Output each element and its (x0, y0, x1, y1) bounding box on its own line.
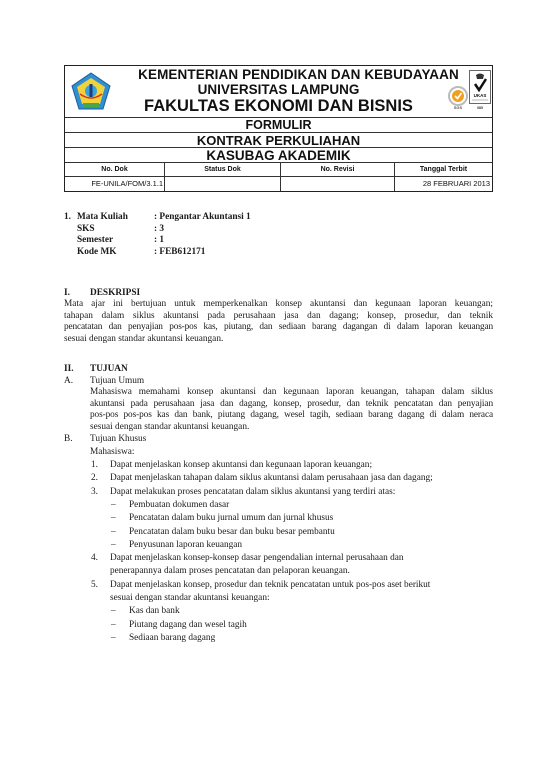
university-name: UNIVERSITAS LAMPUNG (65, 82, 492, 97)
ukas-certification-icon: UKAS 085 (469, 70, 491, 110)
document-page: KEMENTERIAN PENDIDIKAN DAN KEBUDAYAAN UN… (0, 0, 550, 777)
unit-row: KASUBAG AKADEMIK (65, 148, 492, 163)
section-deskripsi-number: I. (64, 288, 70, 300)
dash-bullet-icon: – (111, 620, 116, 632)
section-tujuan-title: TUJUAN (90, 364, 128, 376)
section-deskripsi-title: DESKRIPSI (90, 288, 140, 300)
objective-number: 1. (91, 460, 98, 472)
deskripsi-line: tahapan dalam siklus akuntansi pada peru… (64, 311, 493, 323)
value-no-dok: FE-UNILA/FOM/3.1.1 (65, 177, 165, 191)
value-tanggal-terbit: 28 FEBRUARI 2013 (395, 177, 492, 191)
form-type-row: FORMULIR (65, 118, 492, 133)
deskripsi-line: sesuai dengan standar akuntansi keuangan… (64, 334, 493, 346)
faculty-name: FAKULTAS EKONOMI DAN BISNIS (65, 97, 492, 116)
objective-text: Dapat menjelaskan tahapan dalam siklus a… (110, 473, 433, 485)
dash-bullet-icon: – (111, 633, 116, 645)
dash-bullet-icon: – (111, 606, 116, 618)
objective-subitem: Kas dan bank (129, 606, 180, 618)
objective-number: 5. (91, 580, 98, 592)
course-number: 1. (64, 212, 71, 224)
svg-text:UKAS: UKAS (474, 93, 487, 98)
tujuan-umum-line: Mahasiswa memahami konsep akuntansi dan … (90, 387, 493, 399)
col-tanggal-terbit: Tanggal Terbit (395, 163, 492, 176)
tujuan-umum-title: Tujuan Umum (90, 376, 144, 388)
course-label-semester: Semester (77, 235, 113, 247)
tujuan-umum-letter: A. (64, 376, 73, 388)
dash-bullet-icon: – (111, 500, 116, 512)
course-value-semester: : 1 (154, 235, 164, 247)
value-status-dok (165, 177, 281, 191)
tujuan-umum-line: pos-pos pos-pos kas dan bank, piutang da… (90, 410, 493, 422)
course-value-sks: : 3 (154, 224, 164, 236)
objective-number: 2. (91, 473, 98, 485)
objective-text: penerapannya dalam proses pencatatan dan… (110, 566, 350, 578)
value-no-revisi (281, 177, 395, 191)
col-status-dok: Status Dok (165, 163, 281, 176)
objective-subitem: Sediaan barang dagang (129, 633, 215, 645)
course-value-kode: : FEB612171 (154, 247, 205, 259)
dash-bullet-icon: – (111, 513, 116, 525)
objective-subitem: Pencatatan dalam buku jurnal umum dan ju… (129, 513, 333, 525)
section-tujuan-number: II. (64, 364, 74, 376)
col-no-revisi: No. Revisi (281, 163, 395, 176)
tujuan-khusus-title: Tujuan Khusus (90, 434, 146, 446)
objective-text: Dapat menjelaskan konsep, prosedur dan t… (110, 580, 430, 592)
objective-text: Dapat menjelaskan konsep-konsep dasar pe… (110, 553, 404, 565)
col-no-dok: No. Dok (65, 163, 165, 176)
objective-text: Dapat menjelaskan konsep akuntansi dan k… (110, 460, 372, 472)
document-meta-header: No. Dok Status Dok No. Revisi Tanggal Te… (65, 163, 492, 177)
objective-number: 3. (91, 487, 98, 499)
tujuan-umum-paragraph: Mahasiswa memahami konsep akuntansi dan … (90, 387, 493, 433)
course-label-name: Mata Kuliah (77, 212, 128, 224)
objective-subitem: Penyusunan laporan keuangan (129, 540, 242, 552)
form-title-row: KONTRAK PERKULIAHAN (65, 133, 492, 148)
objective-text: sesuai dengan standar akuntansi keuangan… (110, 593, 270, 605)
objective-subitem: Pembuatan dokumen dasar (129, 500, 229, 512)
course-label-kode: Kode MK (77, 247, 117, 259)
course-value-name: : Pengantar Akuntansi 1 (154, 212, 251, 224)
deskripsi-line: pencatatan dan penyajian pos-pos kas, pi… (64, 322, 493, 334)
objective-subitem: Pencatatan dalam buku besar dan buku bes… (129, 527, 335, 539)
ministry-name: KEMENTERIAN PENDIDIKAN DAN KEBUDAYAAN (65, 67, 492, 82)
document-header-table: KEMENTERIAN PENDIDIKAN DAN KEBUDAYAAN UN… (64, 65, 493, 192)
course-label-sks: SKS (77, 224, 95, 236)
objective-text: Dapat melakukan proses pencatatan dalam … (110, 487, 395, 499)
dash-bullet-icon: – (111, 540, 116, 552)
objective-subitem: Piutang dagang dan wesel tagih (129, 620, 247, 632)
dash-bullet-icon: – (111, 527, 116, 539)
tujuan-umum-line: sesuai dengan standar akuntansi keuangan… (90, 422, 493, 434)
tujuan-umum-line: akuntansi pada perusahaan jasa dan dagan… (90, 399, 493, 411)
sgs-certification-icon: SGS (447, 86, 469, 110)
document-meta-values: FE-UNILA/FOM/3.1.1 28 FEBRUARI 2013 (65, 177, 492, 191)
tujuan-khusus-letter: B. (64, 434, 73, 446)
svg-text:SGS: SGS (454, 105, 463, 110)
deskripsi-paragraph: Mata ajar ini bertujuan untuk memperkena… (64, 299, 493, 345)
objective-number: 4. (91, 553, 98, 565)
tujuan-khusus-intro: Mahasiswa: (90, 447, 134, 459)
institution-header: KEMENTERIAN PENDIDIKAN DAN KEBUDAYAAN UN… (65, 66, 492, 118)
svg-text:085: 085 (477, 106, 483, 110)
deskripsi-line: Mata ajar ini bertujuan untuk memperkena… (64, 299, 493, 311)
